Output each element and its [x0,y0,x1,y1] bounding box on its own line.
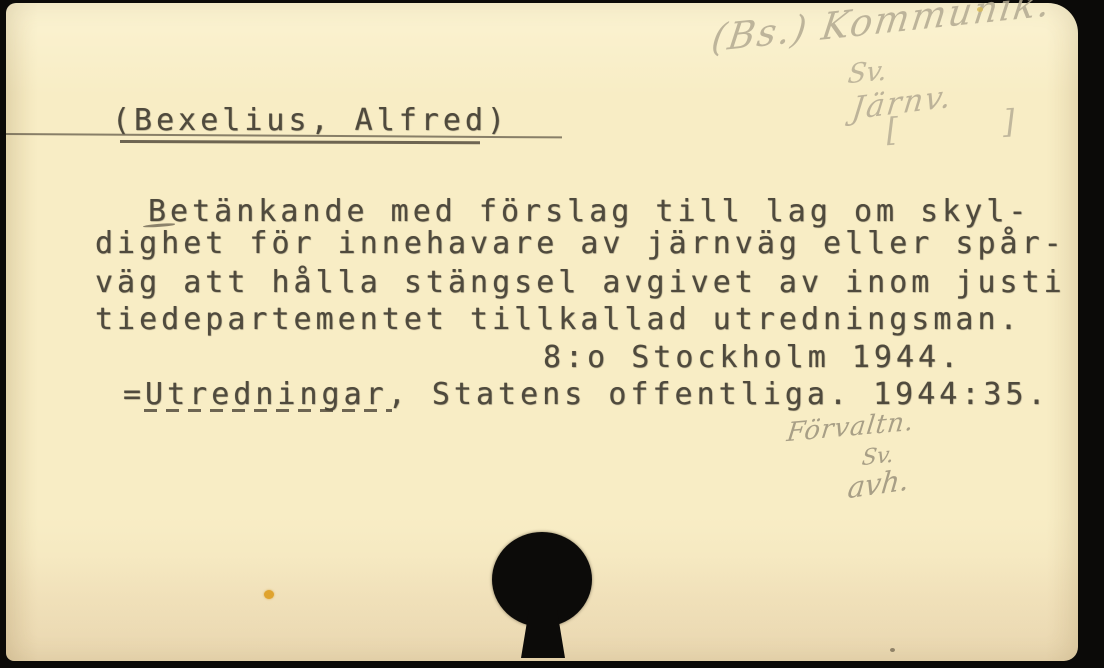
card-heading-author: (Bexelius, Alfred) [112,104,509,138]
dark-speck [890,648,895,652]
orange-stain-dot [264,590,274,599]
series-dashed-underline [144,409,392,412]
yellow-speck [977,7,983,12]
handwritten-sv-note: Sv. [846,55,889,90]
typed-line: tiedepartementet tillkallad utredningsma… [95,303,1022,337]
handwritten-avh-note: avh. [846,462,911,505]
typed-line: väg att hålla stängsel avgivet av inom j… [95,266,1066,300]
scanned-catalog-card-page: { "colors": { "scan_background": "#0b0a0… [0,0,1104,668]
handwritten-forvaltn-note: Förvaltn. [785,407,916,449]
typed-line-imprint: 8:o Stockholm 1944. [543,341,962,375]
handwritten-shelf-mark: (Bs.) Kommunik. [709,0,1055,60]
typed-line: dighet för innehavare av järnväg eller s… [95,227,1066,261]
heading-typed-underline [120,140,480,144]
typed-line: Betänkande med förslag till lag om skyl- [148,195,1030,229]
